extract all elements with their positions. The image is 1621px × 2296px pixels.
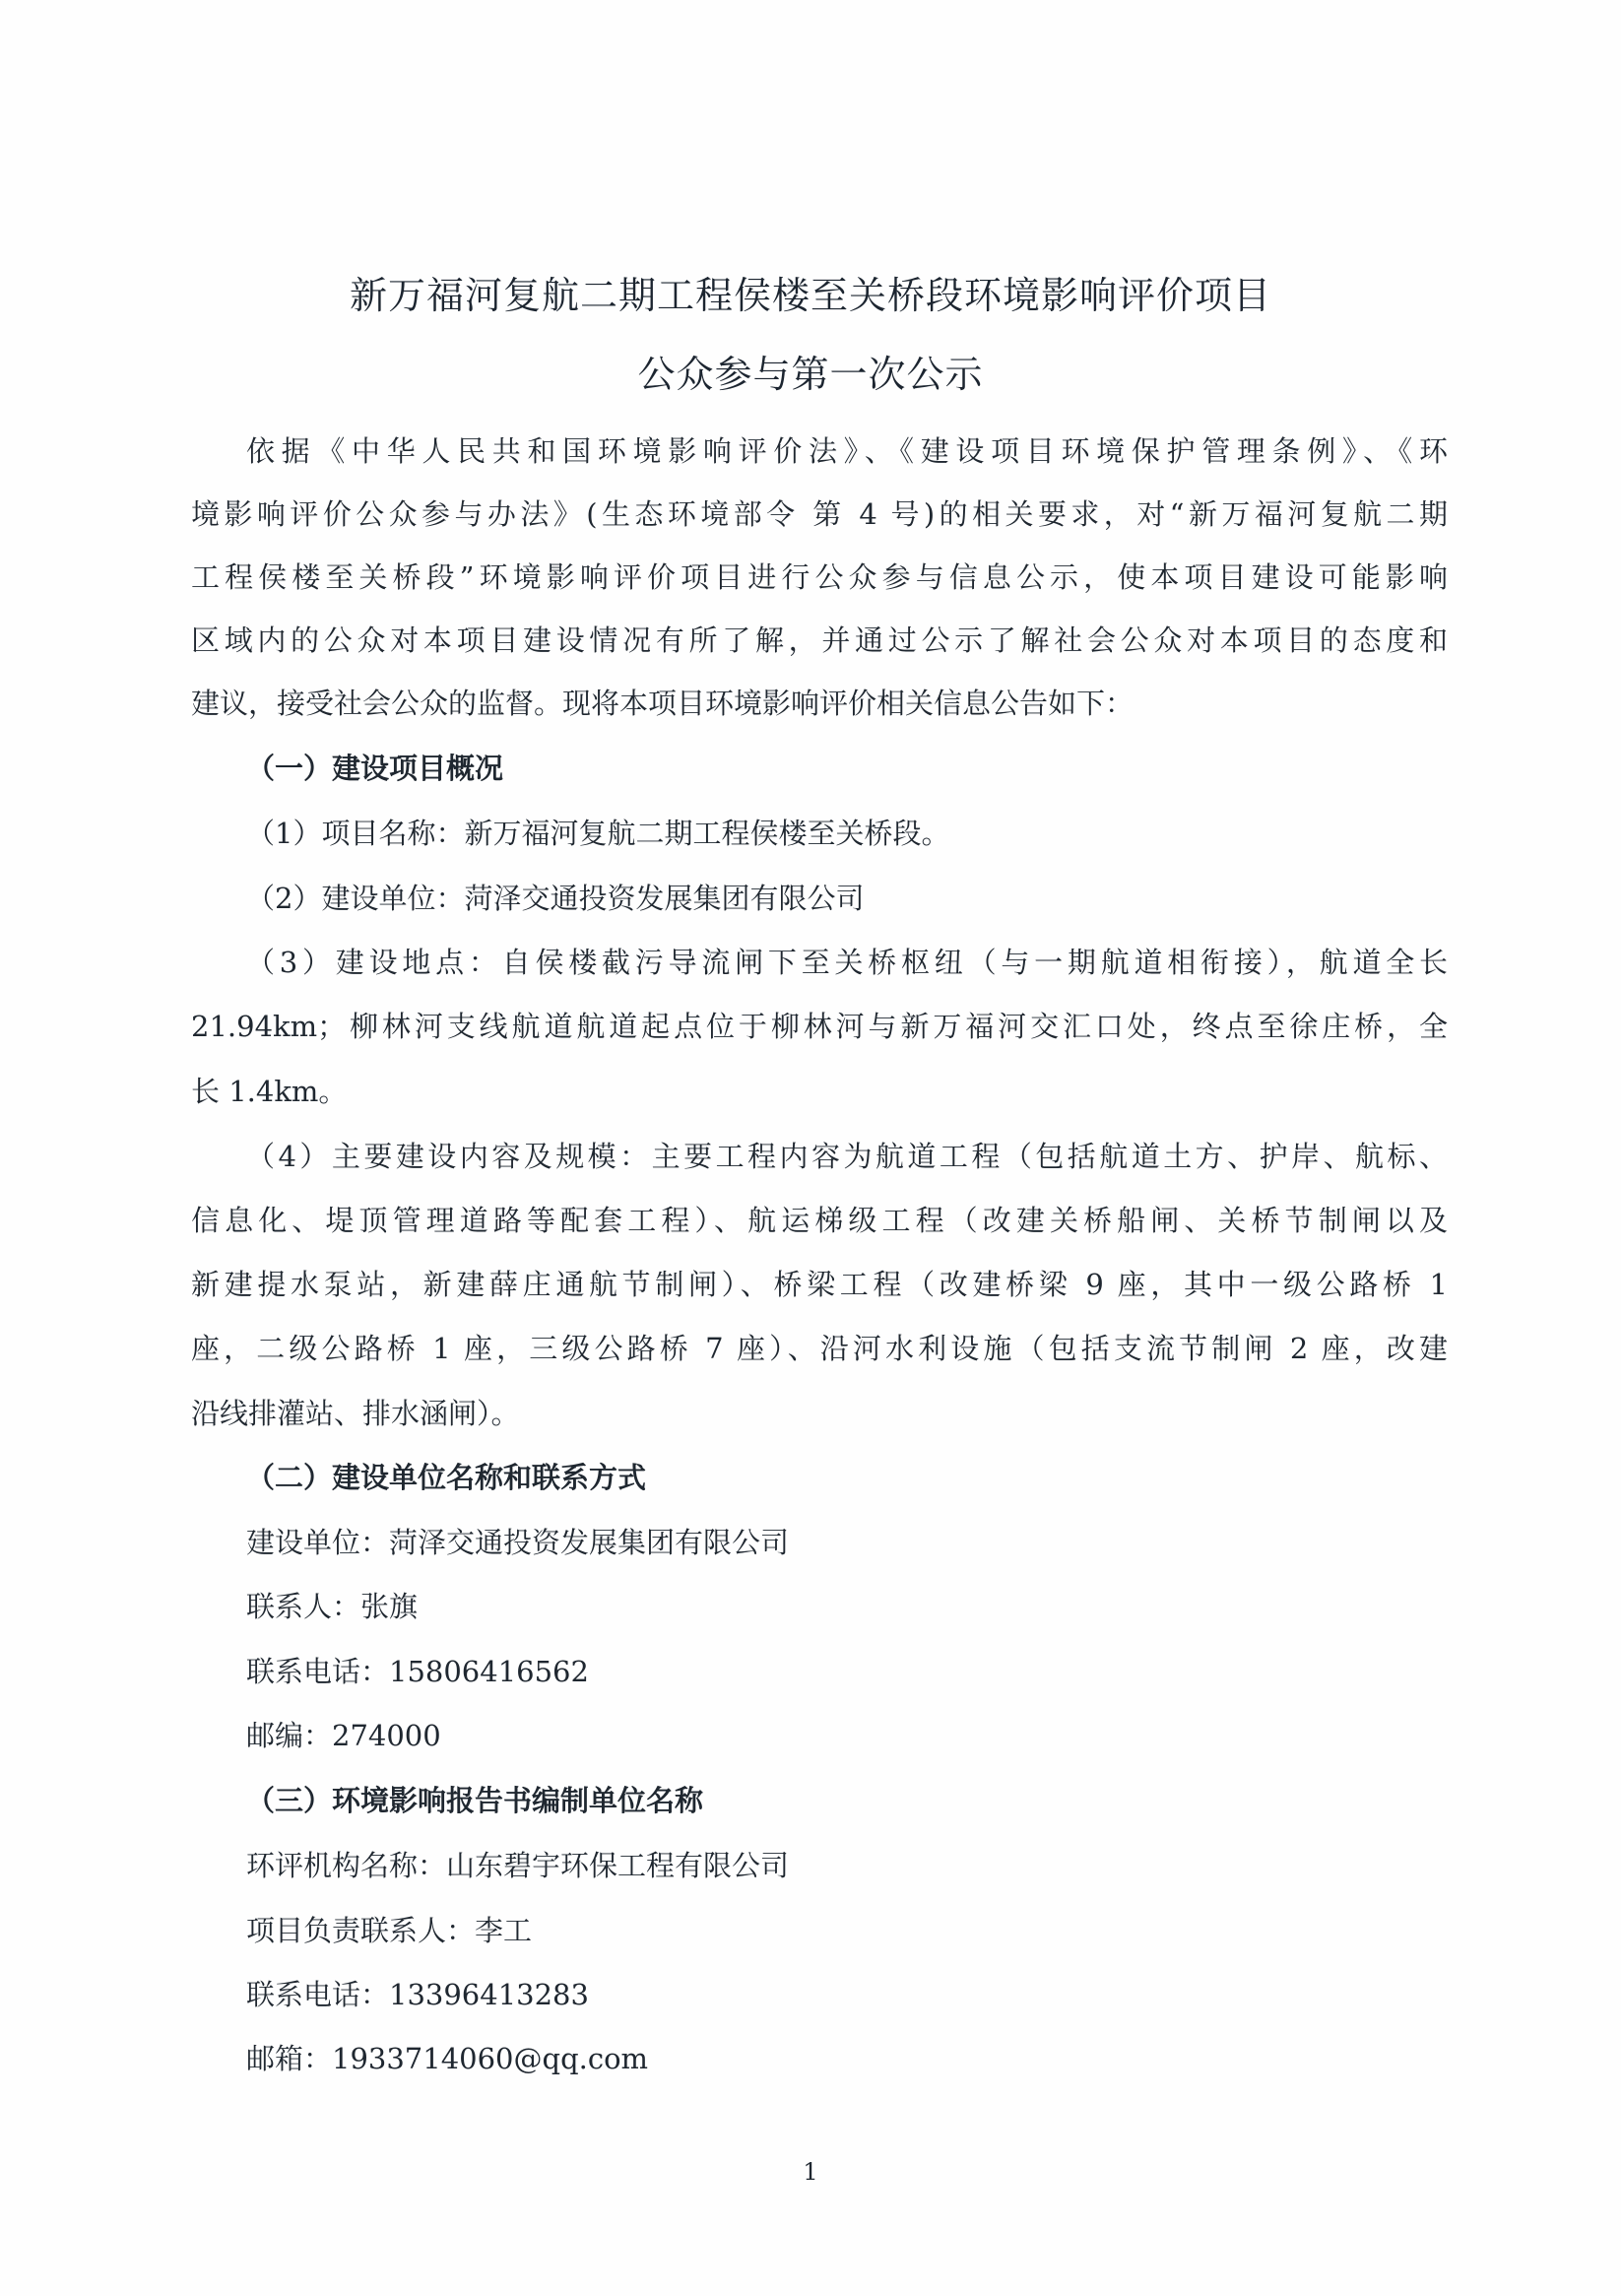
intro-line: 区域内的公众对本项目建设情况有所了解，并通过公示了解社会公众对本项目的态度和 xyxy=(191,621,1448,660)
agency-phone: 联系电话：13396413283 xyxy=(246,1975,589,2014)
document-page: 新万福河复航二期工程侯楼至关桥段环境影响评价项目 公众参与第一次公示 依据《中华… xyxy=(0,0,1621,2296)
construction-location-line: 长 1.4km。 xyxy=(191,1072,347,1111)
contact-phone: 联系电话：15806416562 xyxy=(246,1652,589,1691)
construction-unit: （2）建设单位：菏泽交通投资发展集团有限公司 xyxy=(246,879,864,918)
intro-line: 境影响评价公众参与办法》(生态环境部令 第 4 号)的相关要求，对“新万福河复航… xyxy=(191,494,1448,534)
section-heading: （一）建设项目概况 xyxy=(246,749,503,788)
intro-line: 依据《中华人民共和国环境影响评价法》、《建设项目环境保护管理条例》、《环 xyxy=(246,431,1448,471)
postcode: 邮编：274000 xyxy=(246,1716,441,1755)
agency-email: 邮箱：1933714060@qq.com xyxy=(246,2039,648,2078)
section-heading: （三）环境影响报告书编制单位名称 xyxy=(246,1781,703,1820)
construction-location-line: 21.94km；柳林河支线航道航道起点位于柳林河与新万福河交汇口处，终点至徐庄桥… xyxy=(191,1007,1448,1046)
intro-line: 工程侯楼至关桥段”环境影响评价项目进行公众参与信息公示，使本项目建设可能影响 xyxy=(191,558,1448,597)
construction-unit-name: 建设单位：菏泽交通投资发展集团有限公司 xyxy=(246,1523,789,1562)
document-subtitle: 公众参与第一次公示 xyxy=(0,351,1621,398)
contact-person: 联系人：张旗 xyxy=(246,1587,418,1626)
page-number: 1 xyxy=(0,2157,1621,2187)
construction-scope-line: 新建提水泵站，新建薛庄通航节制闸）、桥梁工程（改建桥梁 9 座，其中一级公路桥 … xyxy=(191,1265,1448,1304)
agency-contact-person: 项目负责联系人：李工 xyxy=(246,1911,532,1950)
construction-scope-line: 沿线排灌站、排水涵闸）。 xyxy=(191,1394,520,1433)
construction-scope-line: （4）主要建设内容及规模：主要工程内容为航道工程（包括航道土方、护岸、航标、 xyxy=(246,1137,1448,1176)
intro-line: 建议，接受社会公众的监督。现将本项目环境影响评价相关信息公告如下： xyxy=(191,684,1134,723)
project-name: （1）项目名称：新万福河复航二期工程侯楼至关桥段。 xyxy=(246,814,949,853)
construction-location-line: （3）建设地点：自侯楼截污导流闸下至关桥枢纽（与一期航道相衔接），航道全长 xyxy=(246,943,1448,982)
document-title: 新万福河复航二期工程侯楼至关桥段环境影响评价项目 xyxy=(0,272,1621,319)
construction-scope-line: 座，二级公路桥 1 座，三级公路桥 7 座）、沿河水利设施（包括支流节制闸 2 … xyxy=(191,1329,1448,1368)
agency-name: 环评机构名称：山东碧宇环保工程有限公司 xyxy=(246,1846,789,1885)
construction-scope-line: 信息化、堤顶管理道路等配套工程）、航运梯级工程（改建关桥船闸、关桥节制闸以及 xyxy=(191,1201,1448,1240)
section-heading: （二）建设单位名称和联系方式 xyxy=(246,1458,646,1497)
